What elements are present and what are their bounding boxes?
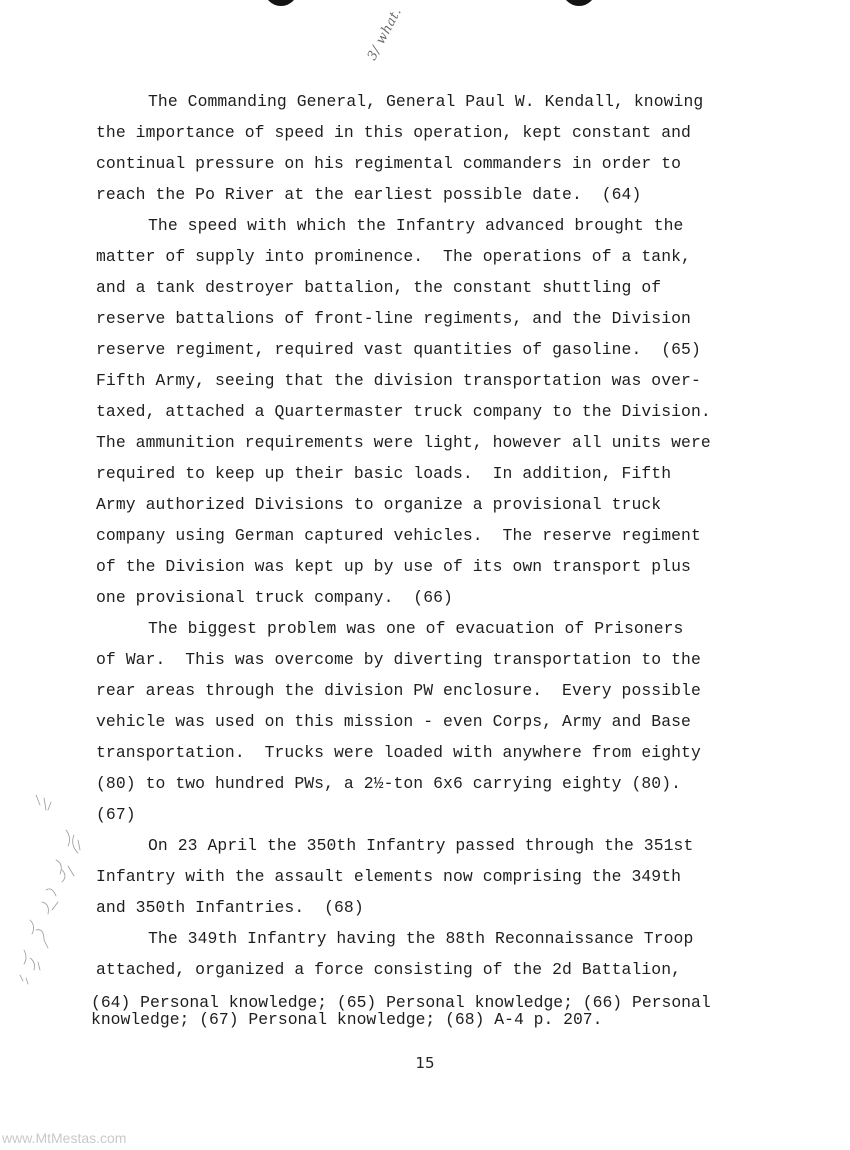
text-line: transportation. Trucks were loaded with … [96, 737, 796, 768]
paragraph: The biggest problem was one of evacuatio… [96, 613, 796, 830]
text-line: The Commanding General, General Paul W. … [96, 86, 796, 117]
text-line: Infantry with the assault elements now c… [96, 861, 796, 892]
text-line: matter of supply into prominence. The op… [96, 241, 796, 272]
text-line: reach the Po River at the earliest possi… [96, 179, 796, 210]
paragraph: The speed with which the Infantry advanc… [96, 210, 796, 613]
text-line: continual pressure on his regimental com… [96, 148, 796, 179]
text-line: rear areas through the division PW enclo… [96, 675, 796, 706]
footnotes: (64) Personal knowledge; (65) Personal k… [91, 994, 811, 1028]
paragraph: On 23 April the 350th Infantry passed th… [96, 830, 796, 923]
text-line: The biggest problem was one of evacuatio… [96, 613, 796, 644]
text-line: Fifth Army, seeing that the division tra… [96, 365, 796, 396]
text-line: and 350th Infantries. (68) [96, 892, 796, 923]
text-line: reserve battalions of front-line regimen… [96, 303, 796, 334]
paragraph: The 349th Infantry having the 88th Recon… [96, 923, 796, 985]
text-line: taxed, attached a Quartermaster truck co… [96, 396, 796, 427]
text-line: The speed with which the Infantry advanc… [96, 210, 796, 241]
punch-hole-mark [562, 0, 596, 6]
text-line: On 23 April the 350th Infantry passed th… [96, 830, 796, 861]
watermark: www.MtMestas.com [2, 1130, 126, 1146]
footnote-line: (64) Personal knowledge; (65) Personal k… [91, 994, 811, 1011]
text-line: attached, organized a force consisting o… [96, 954, 796, 985]
text-line: the importance of speed in this operatio… [96, 117, 796, 148]
text-line: The 349th Infantry having the 88th Recon… [96, 923, 796, 954]
text-line: (80) to two hundred PWs, a 2½-ton 6x6 ca… [96, 768, 796, 799]
text-line: and a tank destroyer battalion, the cons… [96, 272, 796, 303]
handwritten-annotation: 3/ what. [365, 5, 405, 63]
text-line: (67) [96, 799, 796, 830]
text-line: of War. This was overcome by diverting t… [96, 644, 796, 675]
punch-hole-mark [264, 0, 298, 6]
page-number: 15 [0, 1054, 850, 1072]
margin-pencil-scribble [16, 790, 96, 990]
text-line: required to keep up their basic loads. I… [96, 458, 796, 489]
text-line: vehicle was used on this mission - even … [96, 706, 796, 737]
text-line: of the Division was kept up by use of it… [96, 551, 796, 582]
text-line: one provisional truck company. (66) [96, 582, 796, 613]
text-line: reserve regiment, required vast quantiti… [96, 334, 796, 365]
text-line: company using German captured vehicles. … [96, 520, 796, 551]
text-line: The ammunition requirements were light, … [96, 427, 796, 458]
document-body: The Commanding General, General Paul W. … [96, 86, 796, 985]
text-line: Army authorized Divisions to organize a … [96, 489, 796, 520]
paragraph: The Commanding General, General Paul W. … [96, 86, 796, 210]
footnote-line: knowledge; (67) Personal knowledge; (68)… [91, 1011, 811, 1028]
